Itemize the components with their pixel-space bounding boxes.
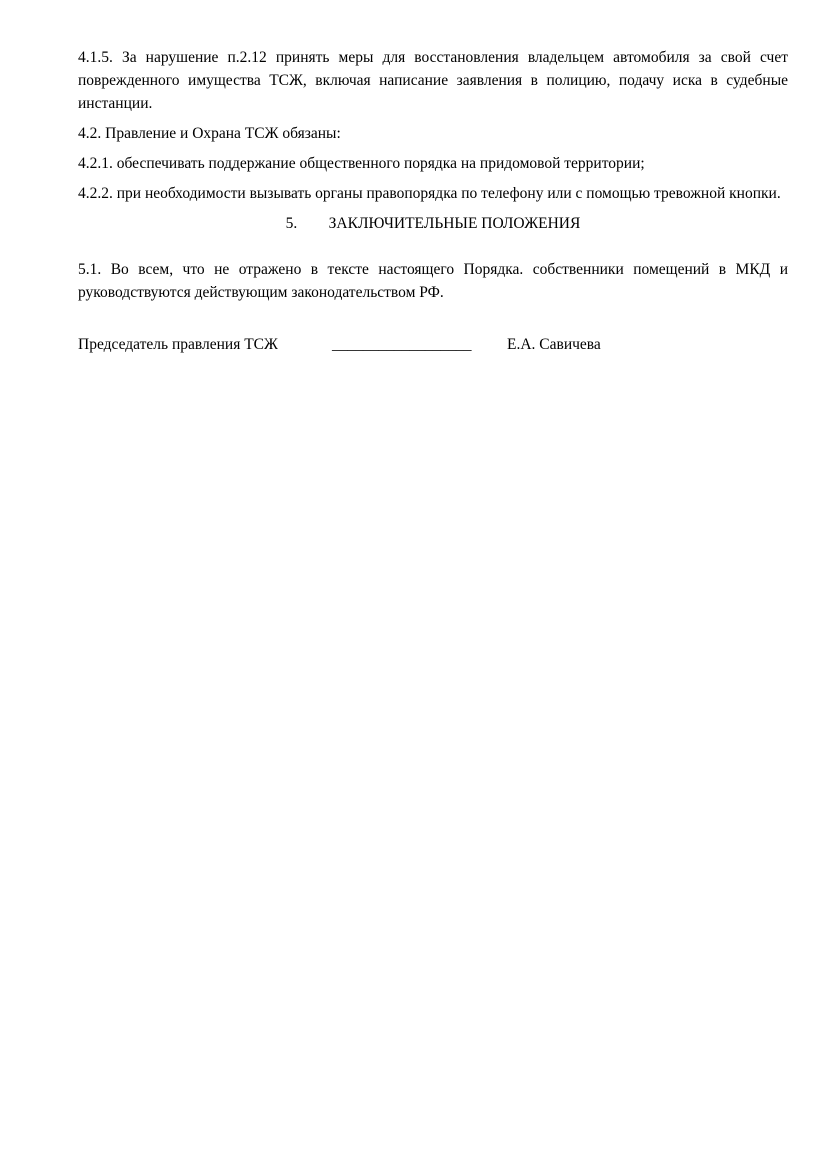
paragraph-4-2-1: 4.2.1. обеспечивать поддержание обществе… xyxy=(78,152,788,175)
signature-role: Председатель правления ТСЖ xyxy=(78,333,278,356)
signature-block: Председатель правления ТСЖ _____________… xyxy=(78,333,788,356)
document-page: 4.1.5. За нарушение п.2.12 принять меры … xyxy=(78,46,788,356)
signature-line: __________________ xyxy=(332,333,472,356)
paragraph-4-2: 4.2. Правление и Охрана ТСЖ обязаны: xyxy=(78,122,788,145)
signature-name: Е.А. Савичева xyxy=(507,333,601,356)
section-title: ЗАКЛЮЧИТЕЛЬНЫЕ ПОЛОЖЕНИЯ xyxy=(329,215,581,232)
section-number: 5. xyxy=(286,212,329,235)
paragraph-4-1-5: 4.1.5. За нарушение п.2.12 принять меры … xyxy=(78,46,788,115)
paragraph-4-2-2: 4.2.2. при необходимости вызывать органы… xyxy=(78,182,788,205)
paragraph-5-1: 5.1. Во всем, что не отражено в тексте н… xyxy=(78,258,788,304)
section-5-heading: 5.ЗАКЛЮЧИТЕЛЬНЫЕ ПОЛОЖЕНИЯ xyxy=(78,212,788,235)
